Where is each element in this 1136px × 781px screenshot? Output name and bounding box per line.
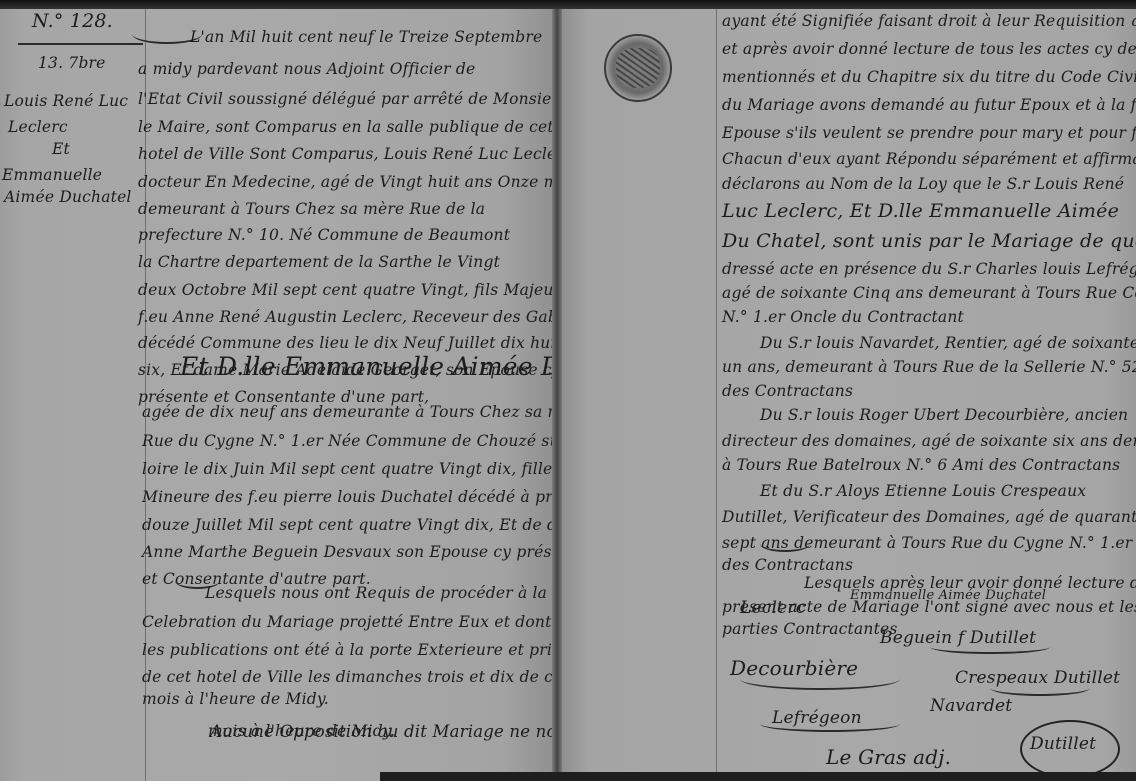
text-line: agée de dix neuf ans demeurante à Tours … (142, 403, 558, 421)
witness-line: Du S.r louis Navardet, Rentier, agé de s… (760, 334, 1136, 352)
text-line: hotel de Ville Sont Comparus, Louis René… (138, 145, 558, 163)
witness-line: des Contractans (722, 382, 853, 400)
witness-line: à Tours Rue Batelroux N.° 6 Ami des Cont… (722, 456, 1120, 474)
text-line: Rue du Cygne N.° 1.er Née Commune de Cho… (142, 432, 558, 450)
text-line: ayant été Signifiée faisant droit à leur… (722, 12, 1136, 30)
signature: Leclerc (740, 598, 805, 618)
text-line: demeurant à Tours Chez sa mère Rue de la (138, 200, 485, 218)
text-line: et après avoir donné lecture de tous les… (722, 40, 1136, 58)
margin-name: Leclerc (8, 118, 68, 136)
left-page: N.° 128. 13. 7bre Louis René Luc Leclerc… (0, 0, 558, 781)
book-gutter (552, 0, 562, 781)
text-line: Chacun d'eux ayant Répondu séparément et… (722, 150, 1136, 168)
bride-heading: Et D.lle Emmanuelle Aimée Duchatel (180, 352, 558, 381)
margin-name: Louis René Luc (4, 92, 128, 110)
scan-edge (380, 772, 1136, 781)
act-number: N.° 128. (32, 10, 113, 32)
text-line: Lesquels nous ont Requis de procéder à l… (205, 584, 547, 602)
signature-flourish (760, 716, 900, 732)
witness-line: un ans, demeurant à Tours Rue de la Sell… (722, 358, 1136, 376)
text-line: Anne Marthe Beguein Desvaux son Epouse c… (142, 543, 558, 561)
signature: Dutillet (1030, 734, 1096, 754)
text-line: les publications ont été à la porte Exte… (142, 641, 558, 659)
text-line: dressé acte en présence du S.r Charles l… (722, 260, 1136, 278)
text-line: Epouse s'ils veulent se prendre pour mar… (722, 124, 1136, 142)
seal-stamp-icon (604, 34, 672, 102)
text-line: l'Etat Civil soussigné délégué par arrêt… (138, 90, 558, 108)
text-line: Mineure des f.eu pierre louis Duchatel d… (142, 488, 558, 506)
initial-flourish (760, 536, 810, 552)
divider (18, 43, 143, 45)
signature-flourish (740, 668, 900, 690)
text-line: f.eu Anne René Augustin Leclerc, Receveu… (138, 308, 558, 326)
register-spread: N.° 128. 13. 7bre Louis René Luc Leclerc… (0, 0, 1136, 781)
witness-line: Dutillet, Verificateur des Domaines, agé… (722, 508, 1136, 526)
margin-name: Emmanuelle (2, 166, 102, 184)
text-line: L'an Mil huit cent neuf le Treize Septem… (190, 28, 542, 46)
signature: Le Gras adj. (826, 745, 951, 769)
margin-name: Aimée Duchatel (4, 188, 132, 206)
margin-rule (716, 8, 717, 781)
witness-line: Et du S.r Aloys Etienne Louis Crespeaux (760, 482, 1086, 500)
witness-line: directeur des domaines, agé de soixante … (722, 432, 1136, 450)
text-line: le Maire, sont Comparus en la salle publ… (138, 118, 554, 136)
witness-line: des Contractans (722, 556, 853, 574)
closing-line: parties Contractantes (722, 620, 898, 638)
text-line: décédé Commune des lieu le dix Neuf Juil… (138, 334, 558, 352)
text-line: déclarons au Nom de la Loy que le S.r Lo… (722, 175, 1124, 193)
witness-line: Du S.r louis Roger Ubert Decourbière, an… (760, 406, 1128, 424)
text-line: Luc Leclerc, Et D.lle Emmanuelle Aimée (722, 200, 1119, 222)
text-line: prefecture N.° 10. Né Commune de Beaumon… (138, 226, 510, 244)
signature: Emmanuelle Aimée Duchatel (850, 588, 1046, 603)
text-line: loire le dix Juin Mil sept cent quatre V… (142, 460, 552, 478)
text-line: deux Octobre Mil sept cent quatre Vingt,… (138, 281, 558, 299)
text-line: du Mariage avons demandé au futur Epoux … (722, 96, 1136, 114)
signature-flourish (930, 640, 1050, 654)
signature-flourish (990, 680, 1090, 696)
text-line: mois à l'heure de Midy. (142, 690, 329, 708)
text-line: mentionnés et du Chapitre six du titre d… (722, 68, 1136, 86)
text-line: Aucune Opposition au dit Mariage ne nous (210, 722, 558, 741)
scan-edge (0, 0, 1136, 9)
text-line: douze Juillet Mil sept cent quatre Vingt… (142, 516, 558, 534)
text-line: agé de soixante Cinq ans demeurant à Tou… (722, 284, 1136, 302)
text-line: docteur En Medecine, agé de Vingt huit a… (138, 173, 558, 191)
text-line: Celebration du Mariage projetté Entre Eu… (142, 613, 552, 631)
text-line: la Chartre departement de la Sarthe le V… (138, 253, 500, 271)
text-line: N.° 1.er Oncle du Contractant (722, 308, 964, 326)
text-line: a midy pardevant nous Adjoint Officier d… (138, 60, 475, 78)
text-line: de cet hotel de Ville les dimanches troi… (142, 668, 558, 686)
margin-date: 13. 7bre (38, 54, 106, 72)
signature: Navardet (930, 696, 1012, 716)
margin-name: Et (52, 140, 70, 158)
text-line: Du Chatel, sont unis par le Mariage de q… (722, 230, 1136, 252)
